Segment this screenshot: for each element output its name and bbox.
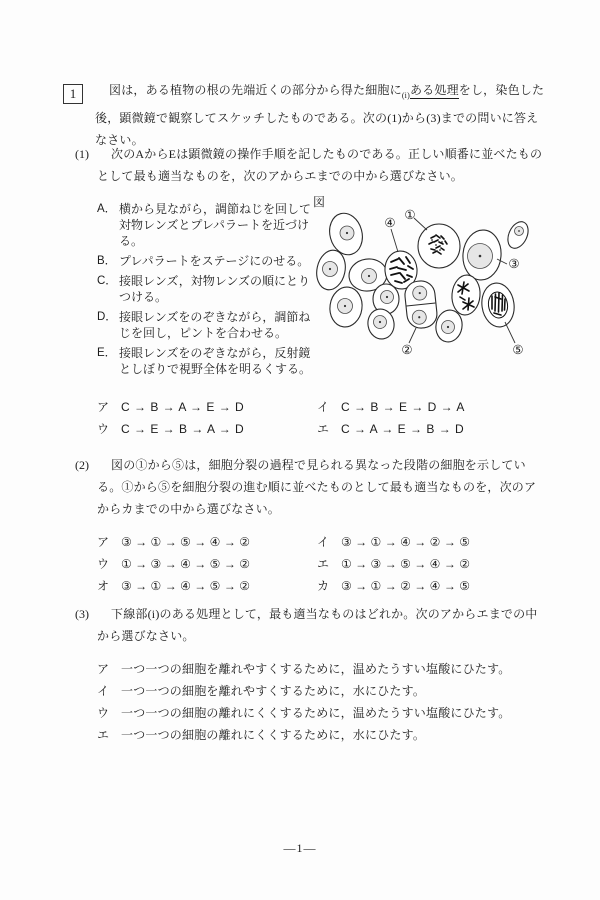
option-label: イ (317, 396, 332, 418)
option-item: ア C → B → A → E → D (97, 396, 317, 418)
step-label: B． (97, 253, 119, 269)
option-item: エ 一つ一つの細胞の離れにくくするために，水にひたす。 (97, 724, 547, 746)
figure-label-3: ③ (508, 257, 519, 271)
option-item: ウ 一つ一つの細胞の離れにくくするために，温めたうすい塩酸にひたす。 (97, 702, 547, 724)
option-label: ア (97, 658, 112, 680)
option-label: イ (97, 680, 112, 702)
option-item: ア ③ → ① → ⑤ → ④ → ② (97, 531, 317, 553)
mitotic-cell-5 (479, 281, 517, 329)
question-1-label: (1) (75, 143, 89, 165)
question-1-text: 次のAからEは顕微鏡の操作手順を記したものである。正しい順番に並べたものとして最… (97, 143, 545, 187)
figure-label-5: ⑤ (512, 343, 523, 357)
step-item-e: E． 接眼レンズをのぞきながら，反射鏡としぼりで視野全体を明るくする。 (97, 345, 317, 377)
question-3-options: ア 一つ一つの細胞を離れやすくするために，温めたうすい塩酸にひたす。 イ 一つ一… (97, 658, 547, 746)
exam-page: 1 図は，ある植物の根の先端近くの部分から得た細胞に(i)ある処理をし，染色した… (0, 0, 600, 900)
option-sequence: ① → ③ → ⑤ → ④ → ② (341, 553, 470, 575)
option-sequence: ③ → ① → ② → ④ → ⑤ (341, 575, 470, 597)
question-2-label: (2) (75, 454, 89, 476)
option-text: 一つ一つの細胞の離れにくくするために，温めたうすい塩酸にひたす。 (121, 702, 510, 724)
option-label: イ (317, 531, 332, 553)
option-item: カ ③ → ① → ② → ④ → ⑤ (317, 575, 527, 597)
option-sequence: ① → ③ → ④ → ⑤ → ② (121, 553, 250, 575)
option-item: ウ C → E → B → A → D (97, 418, 317, 440)
interphase-cell (327, 285, 364, 329)
figure-label-2: ② (401, 343, 412, 357)
underline-ref-mark: (i) (402, 91, 410, 100)
option-text: 一つ一つの細胞の離れにくくするために，水にひたす。 (121, 724, 425, 746)
leader-line-2 (409, 328, 416, 343)
option-text: 一つ一つの細胞を離れやすくするために，水にひたす。 (121, 680, 425, 702)
mitotic-cell-1 (418, 224, 460, 268)
step-label: D． (97, 309, 119, 341)
page-number: ―1― (0, 841, 600, 856)
option-sequence: C → B → A → E → D (121, 396, 244, 418)
option-item: イ 一つ一つの細胞を離れやすくするために，水にひたす。 (97, 680, 547, 702)
option-label: ウ (97, 553, 112, 575)
microscope-steps-list: A． 横から見ながら，調節ねじを回して対物レンズとプレパラートを近づける。 B．… (97, 201, 317, 381)
option-sequence: C → B → E → D → A (341, 396, 465, 418)
option-item: ア 一つ一つの細胞を離れやすくするために，温めたうすい塩酸にひたす。 (97, 658, 547, 680)
intro-paragraph: 図は，ある植物の根の先端近くの部分から得た細胞に(i)ある処理をし，染色した後，… (95, 79, 545, 151)
question-2-text: 図の①から⑤は，細胞分裂の過程で見られる異なった段階の細胞を示している。①から⑤… (97, 454, 545, 520)
option-item: エ C → A → E → B → D (317, 418, 527, 440)
mitotic-cell-2 (404, 280, 439, 330)
option-item: オ ③ → ① → ④ → ⑤ → ② (97, 575, 317, 597)
option-item: エ ① → ③ → ⑤ → ④ → ② (317, 553, 527, 575)
step-label: C． (97, 273, 119, 305)
cell-sketch-figure: 図 (309, 193, 547, 365)
cell-sketch-svg: 図 (309, 193, 547, 365)
option-item: イ ③ → ① → ④ → ② → ⑤ (317, 531, 527, 553)
option-sequence: ③ → ① → ⑤ → ④ → ② (121, 531, 250, 553)
mitotic-cell-3 (461, 228, 503, 281)
step-item-a: A． 横から見ながら，調節ねじを回して対物レンズとプレパラートを近づける。 (97, 201, 317, 249)
question-2-options: ア ③ → ① → ⑤ → ④ → ② イ ③ → ① → ④ → ② → ⑤ … (97, 531, 527, 597)
step-text: 横から見ながら，調節ねじを回して対物レンズとプレパラートを近づける。 (119, 201, 315, 249)
option-sequence: C → E → B → A → D (121, 418, 244, 440)
leader-line-1 (414, 218, 427, 230)
step-label: E． (97, 345, 119, 377)
underlined-phrase: ある処理 (410, 83, 459, 99)
option-label: エ (97, 724, 112, 746)
option-item: ウ ① → ③ → ④ → ⑤ → ② (97, 553, 317, 575)
intro-text-before: 図は，ある植物の根の先端近くの部分から得た細胞に (109, 83, 402, 97)
option-label: ウ (97, 418, 112, 440)
figure-label-4: ④ (384, 216, 395, 230)
step-text: 接眼レンズをのぞきながら，調節ねじを回し，ピントを合わせる。 (119, 309, 315, 341)
interphase-cell (504, 219, 532, 252)
option-label: エ (317, 553, 332, 575)
question-1-options: ア C → B → A → E → D イ C → B → E → D → A … (97, 396, 527, 440)
step-text: プレパラートをステージにのせる。 (119, 253, 315, 269)
figure-caption: 図 (313, 195, 325, 209)
step-item-d: D． 接眼レンズをのぞきながら，調節ねじを回し，ピントを合わせる。 (97, 309, 317, 341)
figure-label-1: ① (404, 208, 415, 222)
option-sequence: C → A → E → B → D (341, 418, 464, 440)
option-label: カ (317, 575, 332, 597)
question-number-box: 1 (63, 84, 83, 104)
mitotic-cell-spiky (450, 274, 481, 316)
option-label: エ (317, 418, 332, 440)
option-text: 一つ一つの細胞を離れやすくするために，温めたうすい塩酸にひたす。 (121, 658, 510, 680)
step-item-c: C． 接眼レンズ，対物レンズの順にとりつける。 (97, 273, 317, 305)
option-label: ア (97, 396, 112, 418)
leader-line-4 (391, 229, 398, 252)
option-item: イ C → B → E → D → A (317, 396, 527, 418)
step-text: 接眼レンズをのぞきながら，反射鏡としぼりで視野全体を明るくする。 (119, 345, 315, 377)
option-sequence: ③ → ① → ④ → ⑤ → ② (121, 575, 250, 597)
option-label: ア (97, 531, 112, 553)
step-item-b: B． プレパラートをステージにのせる。 (97, 253, 317, 269)
step-text: 接眼レンズ，対物レンズの順にとりつける。 (119, 273, 315, 305)
question-3-label: (3) (75, 603, 89, 625)
leader-line-5 (505, 322, 515, 343)
option-label: ウ (97, 702, 112, 724)
question-3-text: 下線部(i)のある処理として，最も適当なものはどれか。次のアからエまでの中から選… (97, 603, 547, 647)
option-label: オ (97, 575, 112, 597)
step-label: A． (97, 201, 119, 249)
option-sequence: ③ → ① → ④ → ② → ⑤ (341, 531, 470, 553)
